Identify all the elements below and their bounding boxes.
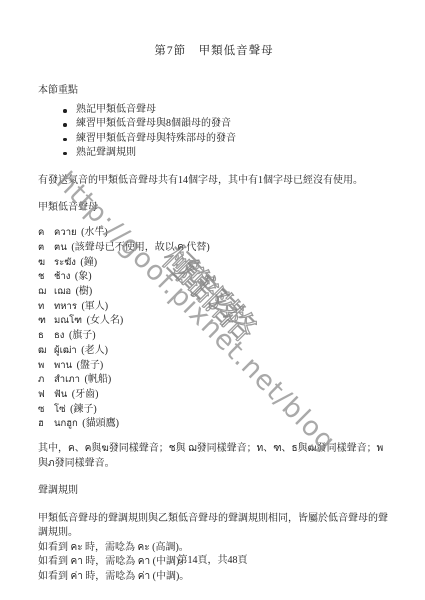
thai-letter: พ [38,359,54,374]
thai-word: ทหาร [54,301,77,312]
consonant-row: ธธง (旗子) [38,329,390,344]
tone-rules-heading: 聲調規則 [38,484,390,499]
thai-word: เฌอ [54,286,71,297]
consonant-row: ชช้าง (象) [38,270,390,285]
thai-word: ธง [54,330,64,341]
thai-letter: ช [38,270,54,285]
page-footer: 第14頁，共48頁 [0,551,425,566]
highlight-item: 練習甲類低音聲母與特殊部母的發音 [76,132,390,146]
highlight-item: 熟記甲類低音聲母 [76,103,390,117]
thai-word: ฅน [54,242,67,253]
consonant-row: ฟฟัน (牙齒) [38,388,390,403]
consonant-row: พพาน (盤子) [38,359,390,374]
thai-letter: ค [38,226,54,241]
thai-letter: ฒ [38,344,54,359]
thai-word: ระฆัง [54,257,76,268]
thai-letter: ภ [38,373,54,388]
consonant-row: ซโซ่ (鍊子) [38,403,390,418]
document-page: 第7節 甲類低音聲母 本節重點 熟記甲類低音聲母 練習甲類低音聲母與8個韻母的發… [0,0,425,600]
consonant-row: ฆระฆัง (鐘) [38,256,390,271]
word-gloss: (鐘) [80,257,97,268]
word-gloss: (老人) [81,345,108,356]
word-gloss: (貓頭鷹) [82,418,119,429]
thai-word: ฟัน [54,389,67,400]
thai-letter: ฅ [38,241,54,256]
thai-word: ผู้เฒ่า [54,345,77,356]
highlights-heading: 本節重點 [38,84,390,99]
word-gloss: (盤子) [77,360,104,371]
thai-word: นกฮูก [54,418,78,429]
thai-letter: ท [38,300,54,315]
consonant-row: ททหาร (軍人) [38,300,390,315]
consonants-heading: 甲類低音聲母 [38,201,390,216]
consonant-row: ฅฅน (該聲母已不使用，故以 ค 代替) [38,241,390,256]
word-gloss: (帆船) [84,374,111,385]
intro-paragraph: 有發送氣音的甲類低音聲母共有14個字母，其中有1個字母已經沒有使用。 [38,174,390,189]
thai-word: พาน [54,360,72,371]
consonant-row: คควาย (水牛) [38,226,390,241]
tone-rules-intro: 甲類低音聲母的聲調規則與乙類低音聲母的聲調規則相同，皆屬於低音聲母的聲調規則。 [38,512,390,541]
word-gloss: (女人名) [87,315,124,326]
word-gloss: (該聲母已不使用，故以 ค 代替) [71,242,209,253]
word-gloss: (牙齒) [72,389,99,400]
tone-example: 如看到 ค่า 時，需唸為 ค่า (中調)。 [38,570,390,585]
consonant-row: ฒผู้เฒ่า (老人) [38,344,390,359]
thai-word: สำเภา [54,374,80,385]
consonant-row: ฑมณโฑ (女人名) [38,314,390,329]
word-gloss: (樹) [76,286,93,297]
highlights-list: 熟記甲類低音聲母 練習甲類低音聲母與8個韻母的發音 練習甲類低音聲母與特殊部母的… [38,103,390,160]
highlight-item: 熟記聲調規則 [76,146,390,160]
consonant-row: ฌเฌอ (樹) [38,285,390,300]
word-gloss: (象) [75,271,92,282]
thai-letter: ซ [38,403,54,418]
thai-word: โซ่ [54,404,66,415]
thai-letter: ฑ [38,314,54,329]
same-sound-note: 其中，ค、ฅ與ฆ發同樣聲音；ช與 ฌ發同樣聲音；ท、ฑ、ธ與ฒ發同樣聲音；พ與ภ… [38,442,390,471]
consonant-list: คควาย (水牛) ฅฅน (該聲母已不使用，故以 ค 代替) ฆระฆัง … [38,226,390,432]
consonant-row: ภสำเภา (帆船) [38,373,390,388]
page-title: 第7節 甲類低音聲母 [38,44,390,59]
thai-letter: ฌ [38,285,54,300]
word-gloss: (鍊子) [70,404,97,415]
thai-word: ควาย [54,227,77,238]
page-content: 第7節 甲類低音聲母 本節重點 熟記甲類低音聲母 練習甲類低音聲母與8個韻母的發… [38,44,390,584]
word-gloss: (軍人) [81,301,108,312]
word-gloss: (水牛) [81,227,108,238]
thai-letter: ฆ [38,256,54,271]
highlight-item: 練習甲類低音聲母與8個韻母的發音 [76,117,390,131]
thai-letter: ฮ [38,417,54,432]
thai-word: ช้าง [54,271,70,282]
thai-letter: ธ [38,329,54,344]
consonant-row: ฮนกฮูก (貓頭鷹) [38,417,390,432]
thai-word: มณโฑ [54,315,82,326]
thai-letter: ฟ [38,388,54,403]
word-gloss: (旗子) [69,330,96,341]
